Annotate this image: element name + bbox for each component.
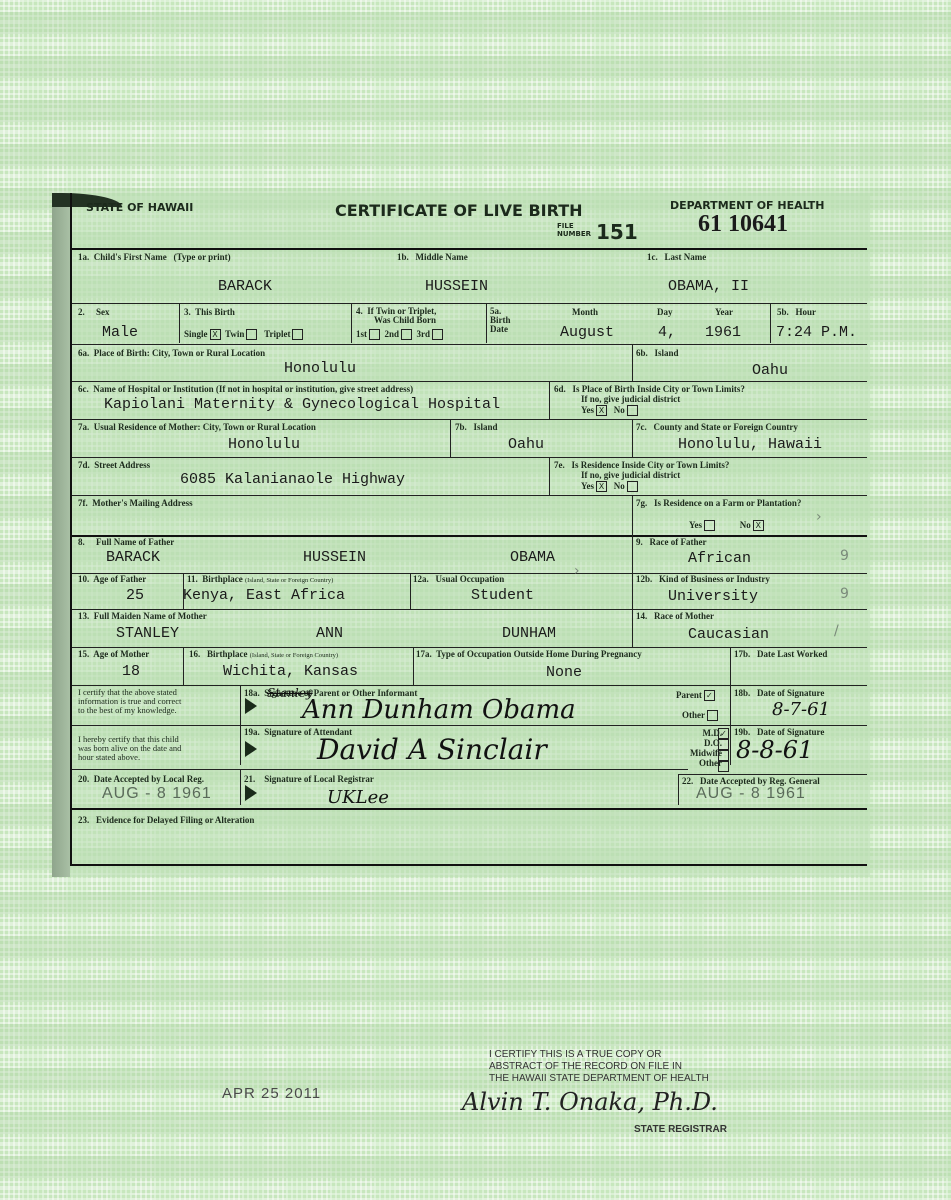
local-registrar-date-stamp: AUG - 8 1961 bbox=[102, 785, 212, 803]
single-checkbox[interactable]: X bbox=[210, 329, 221, 340]
parent-option: Parent✓ bbox=[676, 690, 715, 701]
arrow-icon bbox=[245, 785, 257, 801]
field-13-label: 13. Full Maiden Name of Mother bbox=[78, 611, 207, 621]
hospital-name: Kapiolani Maternity & Gynecological Hosp… bbox=[104, 396, 500, 413]
field-7e-label: 7e. Is Residence Inside City or Town Lim… bbox=[554, 460, 729, 470]
yes-checkbox[interactable] bbox=[704, 520, 715, 531]
farm-options: Yes NoX bbox=[689, 520, 764, 531]
no-checkbox[interactable] bbox=[627, 405, 638, 416]
first-checkbox[interactable] bbox=[369, 329, 380, 340]
informant-signature: Ann Dunham Obama bbox=[302, 695, 576, 725]
second-checkbox[interactable] bbox=[401, 329, 412, 340]
field-1a-label: 1a. Child's First Name (Type or print) bbox=[78, 252, 231, 262]
informant-signature-date: 8-7-61 bbox=[772, 699, 830, 720]
attendant-certification: I hereby certify that this childwas born… bbox=[78, 735, 181, 762]
third-checkbox[interactable] bbox=[432, 329, 443, 340]
father-first-name: BARACK bbox=[106, 549, 160, 566]
mother-race: Caucasian bbox=[688, 626, 769, 643]
triplet-checkbox[interactable] bbox=[292, 329, 303, 340]
state-registrar-title: STATE REGISTRAR bbox=[634, 1124, 727, 1136]
attendant-type-checkboxes: ✓ bbox=[716, 728, 729, 772]
field-6b-label: 6b. Island bbox=[636, 348, 679, 358]
mother-residence-island: Oahu bbox=[508, 436, 544, 453]
file-label: FILENUMBER bbox=[557, 222, 591, 238]
left-border-rule bbox=[70, 193, 72, 865]
child-middle-name: HUSSEIN bbox=[425, 278, 488, 295]
field-7c-label: 7c. County and State or Foreign Country bbox=[636, 422, 798, 432]
field-6c-label: 6c. Name of Hospital or Institution (If … bbox=[78, 384, 413, 394]
father-race: African bbox=[688, 550, 751, 567]
other-checkbox[interactable] bbox=[707, 710, 718, 721]
field-1b-label: 1b. Middle Name bbox=[397, 252, 468, 262]
day-label: Day bbox=[657, 307, 673, 317]
field-5b-label: 5b. Hour bbox=[777, 307, 816, 317]
field-17b-label: 17b. Date Last Worked bbox=[734, 649, 827, 659]
field-11-label: 11. Birthplace (Island, State or Foreign… bbox=[187, 574, 333, 586]
field-7a-label: 7a. Usual Residence of Mother: City, Tow… bbox=[78, 422, 316, 432]
state-registrar-signature: Alvin T. Onaka, Ph.D. bbox=[462, 1088, 718, 1116]
month-label: Month bbox=[572, 307, 598, 317]
yes-checkbox[interactable]: X bbox=[596, 405, 607, 416]
year-label: Year bbox=[715, 307, 733, 317]
field-21-label: 21. Signature of Local Registrar bbox=[244, 774, 374, 784]
birth-year: 1961 bbox=[705, 324, 741, 341]
field-6d-sub: If no, give judicial district bbox=[581, 394, 680, 404]
birth-order-options: 1st 2nd 3rd bbox=[356, 329, 443, 340]
local-registrar-signature: UKLee bbox=[327, 787, 389, 808]
mother-age: 18 bbox=[122, 663, 140, 680]
field-2-label: 2. Sex bbox=[78, 307, 110, 317]
field-7b-label: 7b. Island bbox=[455, 422, 498, 432]
yes-checkbox[interactable]: X bbox=[596, 481, 607, 492]
do-checkbox[interactable] bbox=[718, 739, 729, 750]
field-3-label: 3. This Birth bbox=[184, 307, 235, 317]
field-10-label: 10. Age of Father bbox=[78, 574, 146, 584]
twin-checkbox[interactable] bbox=[246, 329, 257, 340]
other-attendant-checkbox[interactable] bbox=[718, 761, 729, 772]
field-12a-label: 12a. Usual Occupation bbox=[413, 574, 504, 584]
md-checkbox[interactable]: ✓ bbox=[718, 728, 729, 739]
residence-limits-options: YesX No bbox=[581, 481, 638, 492]
field-7d-label: 7d. Street Address bbox=[78, 460, 150, 470]
father-middle-name: HUSSEIN bbox=[303, 549, 366, 566]
registrar-general-date-stamp: AUG - 8 1961 bbox=[696, 785, 806, 803]
pencil-mark: / bbox=[834, 623, 839, 639]
attendant-signature-date: 8-8-61 bbox=[736, 736, 813, 764]
field-18b-label: 18b. Date of Signature bbox=[734, 688, 824, 698]
field-7f-label: 7f. Mother's Mailing Address bbox=[78, 498, 193, 508]
field-6a-label: 6a. Place of Birth: City, Town or Rural … bbox=[78, 348, 265, 358]
field-23-label: 23. Evidence for Delayed Filing or Alter… bbox=[78, 815, 254, 825]
father-birthplace: Kenya, East Africa bbox=[183, 587, 345, 604]
mother-residence-county: Honolulu, Hawaii bbox=[678, 436, 822, 453]
birth-month: August bbox=[560, 324, 614, 341]
mother-middle-name: ANN bbox=[316, 625, 343, 642]
street-address: 6085 Kalanianaole Highway bbox=[180, 471, 405, 488]
this-birth-options: SingleX Twin Triplet bbox=[184, 329, 303, 340]
field-1c-label: 1c. Last Name bbox=[647, 252, 706, 262]
arrow-icon bbox=[245, 698, 257, 714]
field-7e-sub: If no, give judicial district bbox=[581, 470, 680, 480]
field-6d-label: 6d. Is Place of Birth Inside City or Tow… bbox=[554, 384, 745, 394]
field-15-label: 15. Age of Mother bbox=[78, 649, 149, 659]
state-heading: STATE OF HAWAII bbox=[86, 201, 193, 214]
field-20-label: 20. Date Accepted by Local Reg. bbox=[78, 774, 204, 784]
pencil-mark: › bbox=[816, 509, 822, 525]
field-17a-label: 17a. Type of Occupation Outside Home Dur… bbox=[416, 649, 642, 659]
no-checkbox[interactable]: X bbox=[753, 520, 764, 531]
sex-value: Male bbox=[102, 324, 138, 341]
place-of-birth: Honolulu bbox=[284, 360, 356, 377]
certificate-title: CERTIFICATE OF LIVE BIRTH bbox=[335, 201, 583, 220]
mother-last-name: DUNHAM bbox=[502, 625, 556, 642]
issue-date-stamp: APR 25 2011 bbox=[222, 1085, 321, 1102]
arrow-icon bbox=[245, 741, 257, 757]
field-8-label: 8. Full Name of Father bbox=[78, 537, 174, 547]
birth-certificate: STATE OF HAWAII CERTIFICATE OF LIVE BIRT… bbox=[52, 193, 870, 877]
midwife-checkbox[interactable] bbox=[718, 750, 729, 761]
pencil-mark: › bbox=[574, 563, 580, 579]
department-number: 61 10641 bbox=[698, 211, 788, 238]
birth-hour: 7:24 P.M. bbox=[776, 324, 857, 341]
father-business: University bbox=[668, 588, 758, 605]
mother-birthplace: Wichita, Kansas bbox=[223, 663, 358, 680]
informant-certification: I certify that the above statedinformati… bbox=[78, 688, 181, 715]
city-limits-options: YesX No bbox=[581, 405, 638, 416]
pencil-mark: 9 bbox=[840, 586, 849, 602]
mother-occupation: None bbox=[546, 664, 582, 681]
field-5a-label: 5a.BirthDate bbox=[490, 307, 511, 334]
file-number: 151 bbox=[596, 220, 638, 244]
birth-day: 4, bbox=[658, 324, 676, 341]
mother-first-name: STANLEY bbox=[116, 625, 179, 642]
scan-shadow bbox=[52, 193, 70, 877]
father-last-name: OBAMA bbox=[510, 549, 555, 566]
parent-checkbox[interactable]: ✓ bbox=[704, 690, 715, 701]
field-9-label: 9. Race of Father bbox=[636, 537, 706, 547]
pencil-mark: 9 bbox=[840, 548, 849, 564]
other-option: Other bbox=[682, 710, 718, 721]
attendant-signature: David A Sinclair bbox=[317, 733, 547, 766]
child-last-name: OBAMA, II bbox=[668, 278, 749, 295]
field-14-label: 14. Race of Mother bbox=[636, 611, 714, 621]
birth-island: Oahu bbox=[752, 362, 788, 379]
field-16-label: 16. Birthplace (Island, State or Foreign… bbox=[189, 649, 338, 661]
mother-residence-city: Honolulu bbox=[228, 436, 300, 453]
certification-statement: I CERTIFY THIS IS A TRUE COPY OR ABSTRAC… bbox=[489, 1049, 709, 1085]
child-first-name: BARACK bbox=[218, 278, 272, 295]
father-age: 25 bbox=[126, 587, 144, 604]
field-4-label-2: Was Child Born bbox=[374, 315, 436, 325]
field-7g-label: 7g. Is Residence on a Farm or Plantation… bbox=[636, 498, 801, 508]
no-checkbox[interactable] bbox=[627, 481, 638, 492]
father-occupation: Student bbox=[471, 587, 534, 604]
field-12b-label: 12b. Kind of Business or Industry bbox=[636, 574, 770, 584]
